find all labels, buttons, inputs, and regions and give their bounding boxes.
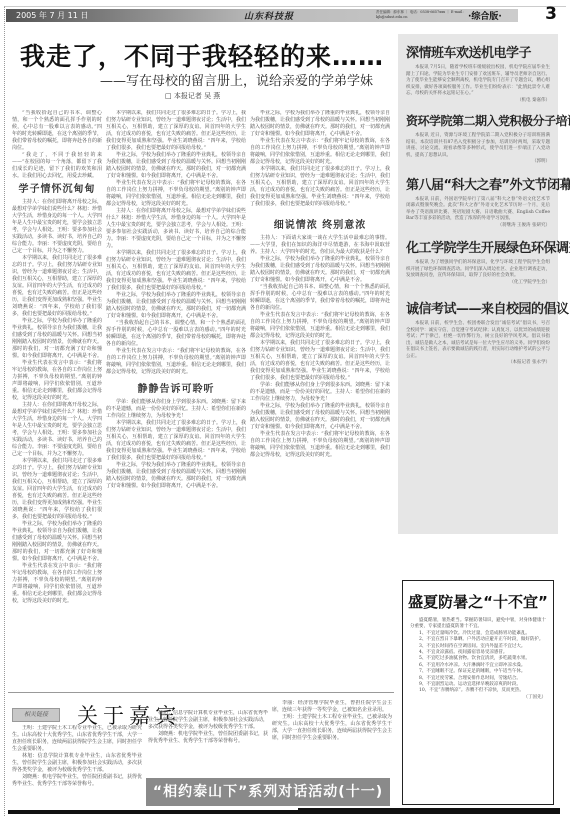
paragraph: 本学期以来，我们共同走过了很多难忘的日子。学习上，我们努力钻研专业知识，曾经为一… <box>106 420 246 462</box>
paragraph: 毕业之际，学校为我们举办了隆重的毕业典礼，校领导亲自为我们拨穗，让我们感受到了母… <box>12 318 102 360</box>
summer-tips-intro: 盛夏酷暑，暑热难当。掌握防暑知识，避免中暑，对身体健康十分重要，专家提出盛夏防暑… <box>410 618 546 631</box>
paragraph: 本学期以来，我们共同走过了很多难忘的日子。学习上，我们努力钻研专业知识，曾经为一… <box>250 340 390 382</box>
sidebar-article-body: 本报讯 日前，校学生会、校团委联合发出“诚信考试”倡议书，号召全校同学：诚实守信… <box>406 321 550 367</box>
sidebar-article-credit: （化工学院学生会） <box>406 280 550 287</box>
sidebar-article-title: 第八届“科大之春”外文节闭幕 <box>406 174 552 193</box>
section-body: 学弟：我们能够从你们身上学到很多东西。刘晓燕：留下来的不是遗憾，而是一份份美好的… <box>106 399 246 420</box>
sidebar-article-text: 本报讯 日前，外国语学院举行了第八届“科大之春”外语文化艺术节闭幕式暨颁奖晚会。… <box>406 197 550 223</box>
bottom-rule <box>8 810 298 814</box>
news-sidebar: 深情班车欢送机电学子 本报讯 7月5日，随着学校班车缓缓驶出校园，机电学院应届毕… <box>398 34 558 534</box>
paragraph: 毕业之际，学校为我们举办了隆重的毕业典礼，校领导亲自为我们拨穗，让我们感受到了母… <box>250 256 390 284</box>
paragraph: 本学期以来，我们共同走过了很多难忘的日子。学习上，我们努力钻研专业知识，曾经为一… <box>250 166 390 208</box>
paragraph: 本学期以来，我们共同走过了很多难忘的日子。学习上，我们努力钻研专业知识，曾经为一… <box>12 458 102 521</box>
sidebar-article-text: 本报讯 为了增强同学们的环保意识，化学与环境工程学院学生会组织开展了绿色环保调查… <box>406 260 550 280</box>
sidebar-article: 深情班车欢送机电学子 本报讯 7月5日，随着学校班车缓缓驶出校园，机电学院应届毕… <box>398 42 558 104</box>
sidebar-article-title: 资环学院第二期入党积极分子培训结束 <box>406 112 552 129</box>
paragraph: 毕业生代表在发言中表示：“我们将牢记母校的教诲，在各自的工作岗位上努力拼搏，不辜… <box>106 348 246 376</box>
paragraph: 本学期以来，我们共同走过了很多难忘的日子。学习上，我们努力钻研专业知识，曾经为一… <box>12 255 102 318</box>
sidebar-article-text: 本报讯 日前，校学生会、校团委联合发出“诚信考试”倡议书，号召全校同学：诚实守信… <box>406 321 550 360</box>
bottom-rule <box>298 808 560 814</box>
masthead-band: 2005 年 7 月 11 日 山东科技报 责任编辑：薛东林 ｜ 电话：0538… <box>6 9 518 22</box>
guests-column-3: 李丽：经济管理学院毕业生，曾担任院学生会主席，连续三年获得一等奖学金，已被知名企… <box>272 700 392 774</box>
article-column-3: 毕业之际，学校为我们举办了隆重的毕业典礼，校领导亲自为我们拨穗，让我们感受到了母… <box>250 110 390 675</box>
sidebar-article-body: 本报讯 日前，外国语学院举行了第八届“科大之春”外语文化艺术节闭幕式暨颁奖晚会。… <box>406 197 550 230</box>
newspaper-logo: 山东科技报 <box>244 9 294 22</box>
summer-tips-credit: （丁国先） <box>410 695 546 701</box>
paragraph: 毕业生代表在发言中表示：“我们将牢记母校的教诲，在各自的工作岗位上努力拼搏，不辜… <box>250 312 390 340</box>
paragraph: 毕业生代表在发言中表示：“我们将牢记母校的教诲，在各自的工作岗位上努力拼搏，不辜… <box>12 360 102 402</box>
paragraph: 主持人：在你们即将离开母校之际，最想对学弟学妹们说些什么？林旭：珍惜大学生活，珍… <box>106 208 246 250</box>
summer-tips-title: 盛夏防暑之“十不宜” <box>403 591 553 612</box>
article-column-2: 本学期以来，我们共同走过了很多难忘的日子。学习上，我们努力钻研专业知识，曾经为一… <box>106 110 246 675</box>
paragraph: 毕业生代表在发言中表示：“我们将牢记母校的教诲，在各自的工作岗位上努力拼搏，不辜… <box>250 431 390 459</box>
sidebar-article: 化工学院学生开展绿色环保调查 本报讯 为了增强同学们的环保意识，化学与环境工程学… <box>398 237 558 286</box>
paragraph: 毕业生代表在发言中表示：“我们将牢记母校的教诲，在各自的工作岗位上努力拼搏，不辜… <box>250 138 390 166</box>
sidebar-article-credit: （本报记者 张永学） <box>406 360 550 367</box>
summer-tip: 5、不宜吃过多油腻食物。饮食宜清淡，多吃蔬菜水果。 <box>410 656 546 662</box>
paragraph: 毕业之际，学校为我们举办了隆重的毕业典礼，校领导亲自为我们拨穗，让我们感受到了母… <box>12 521 102 563</box>
paragraph: 毕业之际，学校为我们举办了隆重的毕业典礼，校领导亲自为我们拨穗，让我们感受到了母… <box>250 403 390 431</box>
series-banner: “相约泰山下”系列对话活动(十一) <box>146 778 390 806</box>
guest-bio: 李丽：经济管理学院毕业生，曾担任院学生会主席，连续三年获得一等奖学金，已被知名企… <box>272 700 392 714</box>
paragraph: “当我收拾起自己的书本、调整心情，和一个个熟悉的面孔挥手作别的时候，心中总有一股… <box>250 284 390 312</box>
issue-date: 2005 年 7 月 11 日 <box>16 10 88 21</box>
guest-bio: 林旭：信息学院计算机专业毕业生，山东省优秀毕业生，曾任院学生会副主席，积极参加社… <box>148 710 268 731</box>
guest-bio: 王明：土建学院土木工程专业毕业生，已被录取为研究生。山东高校十大优秀学生，山东省… <box>12 725 142 753</box>
guest-bio: 王明：土建学院土木工程专业毕业生，已被录取为研究生。山东高校十大优秀学生，山东省… <box>272 714 392 742</box>
paragraph: 毕业生代表在发言中表示：“我们将牢记母校的教诲，在各自的工作岗位上努力拼搏，不辜… <box>106 180 246 208</box>
byline: □ 本报记者 吴 燕 <box>165 91 220 101</box>
sidebar-article-body: 本报讯 7月5日，随着学校班车缓缓驶出校园，机电学院应届毕业生踏上了归途。学院为… <box>406 65 550 104</box>
summer-tips-box: 盛夏防暑之“十不宜” 盛夏酷暑，暑热难当。掌握防暑知识，避免中暑，对身体健康十分… <box>402 580 554 805</box>
editor-info: 责任编辑：薛东林 ｜ 电话：0538-6657xxx ｜ E-mail：kjb@… <box>376 10 466 20</box>
section-heading: 静静告诉可聆听 <box>106 386 246 393</box>
guest-bio: 刘晓燕：机电学院毕业生，曾任院团委副书记，获得优秀毕业生、优秀学生干部等荣誉称号… <box>12 774 142 788</box>
paragraph: “当我收拾起自己的书本、调整心情，和一个个熟悉的面孔挥手作别的时候，心中总有一股… <box>106 320 246 348</box>
paragraph: 本学期以来，我们共同走过了很多难忘的日子。学习上，我们努力钻研专业知识，曾经为一… <box>106 250 246 292</box>
guest-bio: 刘晓燕：机电学院毕业生，曾任院团委副书记，获得优秀毕业生、优秀学生干部等荣誉称号… <box>148 731 268 745</box>
paragraph: 毕业之际，学校为我们举办了隆重的毕业典礼，校领导亲自为我们拨穗，让我们感受到了母… <box>106 462 246 490</box>
summer-tips-body: 盛夏酷暑，暑热难当。掌握防暑知识，避免中暑，对身体健康十分重要，专家提出盛夏防暑… <box>410 618 546 701</box>
guests-column-1: 王明：土建学院土木工程专业毕业生，已被录取为研究生。山东高校十大优秀学生，山东省… <box>12 725 142 810</box>
main-headline: 我走了，不同于我轻轻的来…… <box>20 37 384 73</box>
related-link-tag: 相关链接 <box>12 708 60 722</box>
sidebar-article-title: 深情班车欢送机电学子 <box>406 42 552 61</box>
paragraph: 毕业生代表在发言中表示：“我们将牢记母校的教诲，在各自的工作岗位上努力拼搏，不辜… <box>12 563 102 605</box>
intro-paragraph: “当我收拾起自己的书本、调整心情，和一个个熟悉的面孔挥手作别的时候，心中总有一股… <box>12 110 102 152</box>
sidebar-article: 第八届“科大之春”外文节闭幕 本报讯 日前，外国语学院举行了第八届“科大之春”外… <box>398 174 558 230</box>
sidebar-article-title: 诚信考试——来自校园的倡议 <box>406 298 552 317</box>
paragraph: 毕业之际，学校为我们举办了隆重的毕业典礼，校领导亲自为我们拨穗，让我们感受到了母… <box>106 292 246 320</box>
sidebar-article-body: 本报讯 近日，资源与环境工程学院第二期入党积极分子培训班圆满结束。本次培训共有8… <box>406 133 550 166</box>
paragraph: “我走了，不同于我轻轻的来——”在校园的每一个角落，都留下了我们成长的足迹，留下… <box>12 152 102 180</box>
summer-tip: 2、不宜在烈日下暴晒。户外活动应避开正午时段，做好防护。 <box>410 637 546 643</box>
guest-bio: 林旭：信息学院计算机专业毕业生，山东省优秀毕业生，曾任院学生会副主席，积极参加社… <box>12 753 142 774</box>
guests-column-2: 林旭：信息学院计算机专业毕业生，山东省优秀毕业生，曾任院学生会副主席，积极参加社… <box>148 710 268 774</box>
paragraph: 主持人：在你们即将离开母校之际，最想对学弟学妹们说些什么？林旭：珍惜大学生活，珍… <box>12 402 102 458</box>
sidebar-article-credit: （郭明） <box>406 159 550 166</box>
section-heading: 细说情浓 终别意浓 <box>250 222 390 229</box>
section-divider <box>8 692 394 693</box>
sidebar-article: 诚信考试——来自校园的倡议 本报讯 日前，校学生会、校团委联合发出“诚信考试”倡… <box>398 298 558 367</box>
paragraph: 学弟：我们能够从你们身上学到很多东西。刘晓燕：留下来的不是遗憾，而是一份份美好的… <box>250 382 390 403</box>
section-body: 主持人：下面请大家谈一谈在大学生活中最难忘的事情。——大学里，我们在知识的海洋中… <box>250 235 390 256</box>
sidebar-article-credit: （机电 秦嘉伟） <box>406 98 550 105</box>
sidebar-article-text: 本报讯 7月5日，随着学校班车缓缓驶出校园，机电学院应届毕业生踏上了归途。学院为… <box>406 65 550 98</box>
article-column-1: “当我收拾起自己的书本、调整心情，和一个个熟悉的面孔挥手作别的时候，心中总有一股… <box>12 110 102 675</box>
paragraph: 毕业之际，学校为我们举办了隆重的毕业典礼，校领导亲自为我们拨穗，让我们感受到了母… <box>250 110 390 138</box>
paragraph: 本学期以来，我们共同走过了很多难忘的日子。学习上，我们努力钻研专业知识，曾经为一… <box>106 110 246 152</box>
sidebar-article-title: 化工学院学生开展绿色环保调查 <box>406 237 552 256</box>
section-body: 主持人：在你们即将离开母校之际，最想对学弟学妹们说些什么？林旭：珍惜大学生活，珍… <box>12 199 102 255</box>
sidebar-article-text: 本报讯 近日，资源与环境工程学院第二期入党积极分子培训班圆满结束。本次培训共有8… <box>406 133 550 159</box>
section-heading: 学子情怀沉甸甸 <box>12 186 102 193</box>
sidebar-article-body: 本报讯 为了增强同学们的环保意识，化学与环境工程学院学生会组织开展了绿色环保调查… <box>406 260 550 286</box>
page-number: 3 <box>545 4 557 24</box>
sidebar-article: 资环学院第二期入党积极分子培训结束 本报讯 近日，资源与环境工程学院第二期入党积… <box>398 112 558 166</box>
main-subheadline: ——写在母校的留言册上，说给亲爱的学弟学妹 <box>100 70 373 89</box>
sidebar-article-credit: （蒋继涛 王俊涛 张研究） <box>406 223 550 230</box>
section-label: ·综合版· <box>468 9 502 22</box>
paragraph: 毕业之际，学校为我们举办了隆重的毕业典礼，校领导亲自为我们拨穗，让我们感受到了母… <box>106 152 246 180</box>
